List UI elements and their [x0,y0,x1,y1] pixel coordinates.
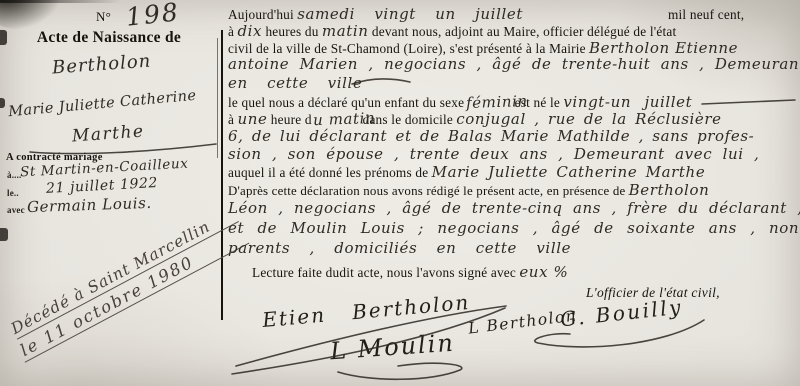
handwritten-text: matin [322,22,369,40]
marriage-date-label: le.. [7,188,19,198]
death-annotation-date: le 11 octobre 1980 [15,225,249,363]
signature-witness-l-moulin: L Moulin [329,329,456,366]
printed-text: à [228,24,234,39]
printed-text: heure d [271,112,312,127]
handwritten-text: Marie Juliette Catherine Marthe [432,163,706,181]
scan-edge-mark [0,98,5,108]
scan-corner-artifact [0,0,60,30]
marriage-spouse-label: avec [7,205,25,215]
printed-year-text: mil neuf cent, [668,7,744,23]
margin-divider-line [221,30,223,320]
body-line: Léon , negocians , âgé de trente-cinq an… [228,199,800,217]
body-line: à dix heures du matin devant nous, adjoi… [228,22,676,40]
printed-text: devant nous, adjoint au Maire, officier … [372,24,677,39]
body-line: le quel nous a déclaré qu'un enfant du s… [228,93,692,111]
handwritten-text: vingt-un juillet [563,93,692,111]
body-line: parents , domiciliés en cette ville [228,239,571,257]
body-line: Aujourd'hui samedi vingt un juillet [228,5,523,23]
handwritten-text: antoine Marien , negocians , âgé de tren… [228,55,800,73]
margin-surname: Bertholon [51,51,152,79]
signature-declarant-bertholon: Etien Bertholon [261,290,471,332]
act-title: Acte de Naissance de [0,29,218,47]
body-line: D'après cette déclaration nous avons réd… [228,181,709,199]
handwritten-text: en cette ville [228,74,362,92]
scan-edge-mark [0,228,8,241]
printed-text: auquel il a été donné les prénoms de [228,165,428,180]
printed-text: civil de la ville de St-Chamond (Loire),… [228,41,586,56]
margin-given-name-last: Marthe [71,121,145,146]
handwritten-text: samedi vingt un juillet [297,5,523,23]
margin-divider-line-thin [217,38,218,158]
marriage-spouse-value: Germain Louis. [27,194,152,216]
handwritten-text: dix [237,22,262,40]
handwritten-text: et de Moulin Louis ; negocians , âgé de … [228,219,799,237]
birth-certificate-scan: N° 198 Acte de Naissance de Bertholon Ma… [0,0,800,386]
death-annotation-place: Décédé à Saint Marcellin [8,204,239,339]
printed-text: D'après cette déclaration nous avons réd… [228,184,625,198]
handwritten-text: Bertholon [629,181,710,199]
handwritten-text: conjugal , rue de la Réclusière [456,110,721,128]
printed-text: dans le domicile [363,112,453,127]
printed-text: heures du [265,24,318,39]
body-line: et de Moulin Louis ; negocians , âgé de … [228,219,799,237]
margin-given-names: Marie Juliette Catherine [8,88,197,120]
handwritten-text: parents , domiciliés en cette ville [228,239,571,257]
body-line: 6, de lui déclarant et de Balas Marie Ma… [228,127,754,145]
body-line: en cette ville [228,74,362,92]
handwritten-text: une [237,110,267,128]
body-line: auquel il a été donné les prénoms de Mar… [228,163,705,181]
printed-text: Lecture faite dudit acte, nous l'avons s… [252,265,516,280]
death-annotation: Décédé à Saint Marcellin le 11 octobre 1… [8,204,250,361]
handwritten-text: Léon , negocians , âgé de trente-cinq an… [228,199,800,217]
scan-edge-streak [0,0,120,3]
handwritten-text: 6, de lui déclarant et de Balas Marie Ma… [228,127,754,145]
body-line: Lecture faite dudit acte, nous l'avons s… [252,263,568,281]
body-line: sion , son épouse , trente deux ans , De… [228,145,759,163]
handwritten-text: sion , son épouse , trente deux ans , De… [228,145,759,163]
printed-text: Aujourd'hui [228,7,294,22]
act-number-label: N° [96,9,111,25]
printed-text: le quel nous a déclaré qu'un enfant du s… [228,95,464,110]
act-number-value: 198 [125,0,181,32]
printed-text: à [228,112,234,127]
handwritten-text: eux % [519,263,568,281]
body-line: antoine Marien , negocians , âgé de tren… [228,55,800,73]
signature-civil-officer: G. Bouilly [559,295,684,332]
body-line: à une heure d u matin dans le domicile c… [228,110,722,128]
